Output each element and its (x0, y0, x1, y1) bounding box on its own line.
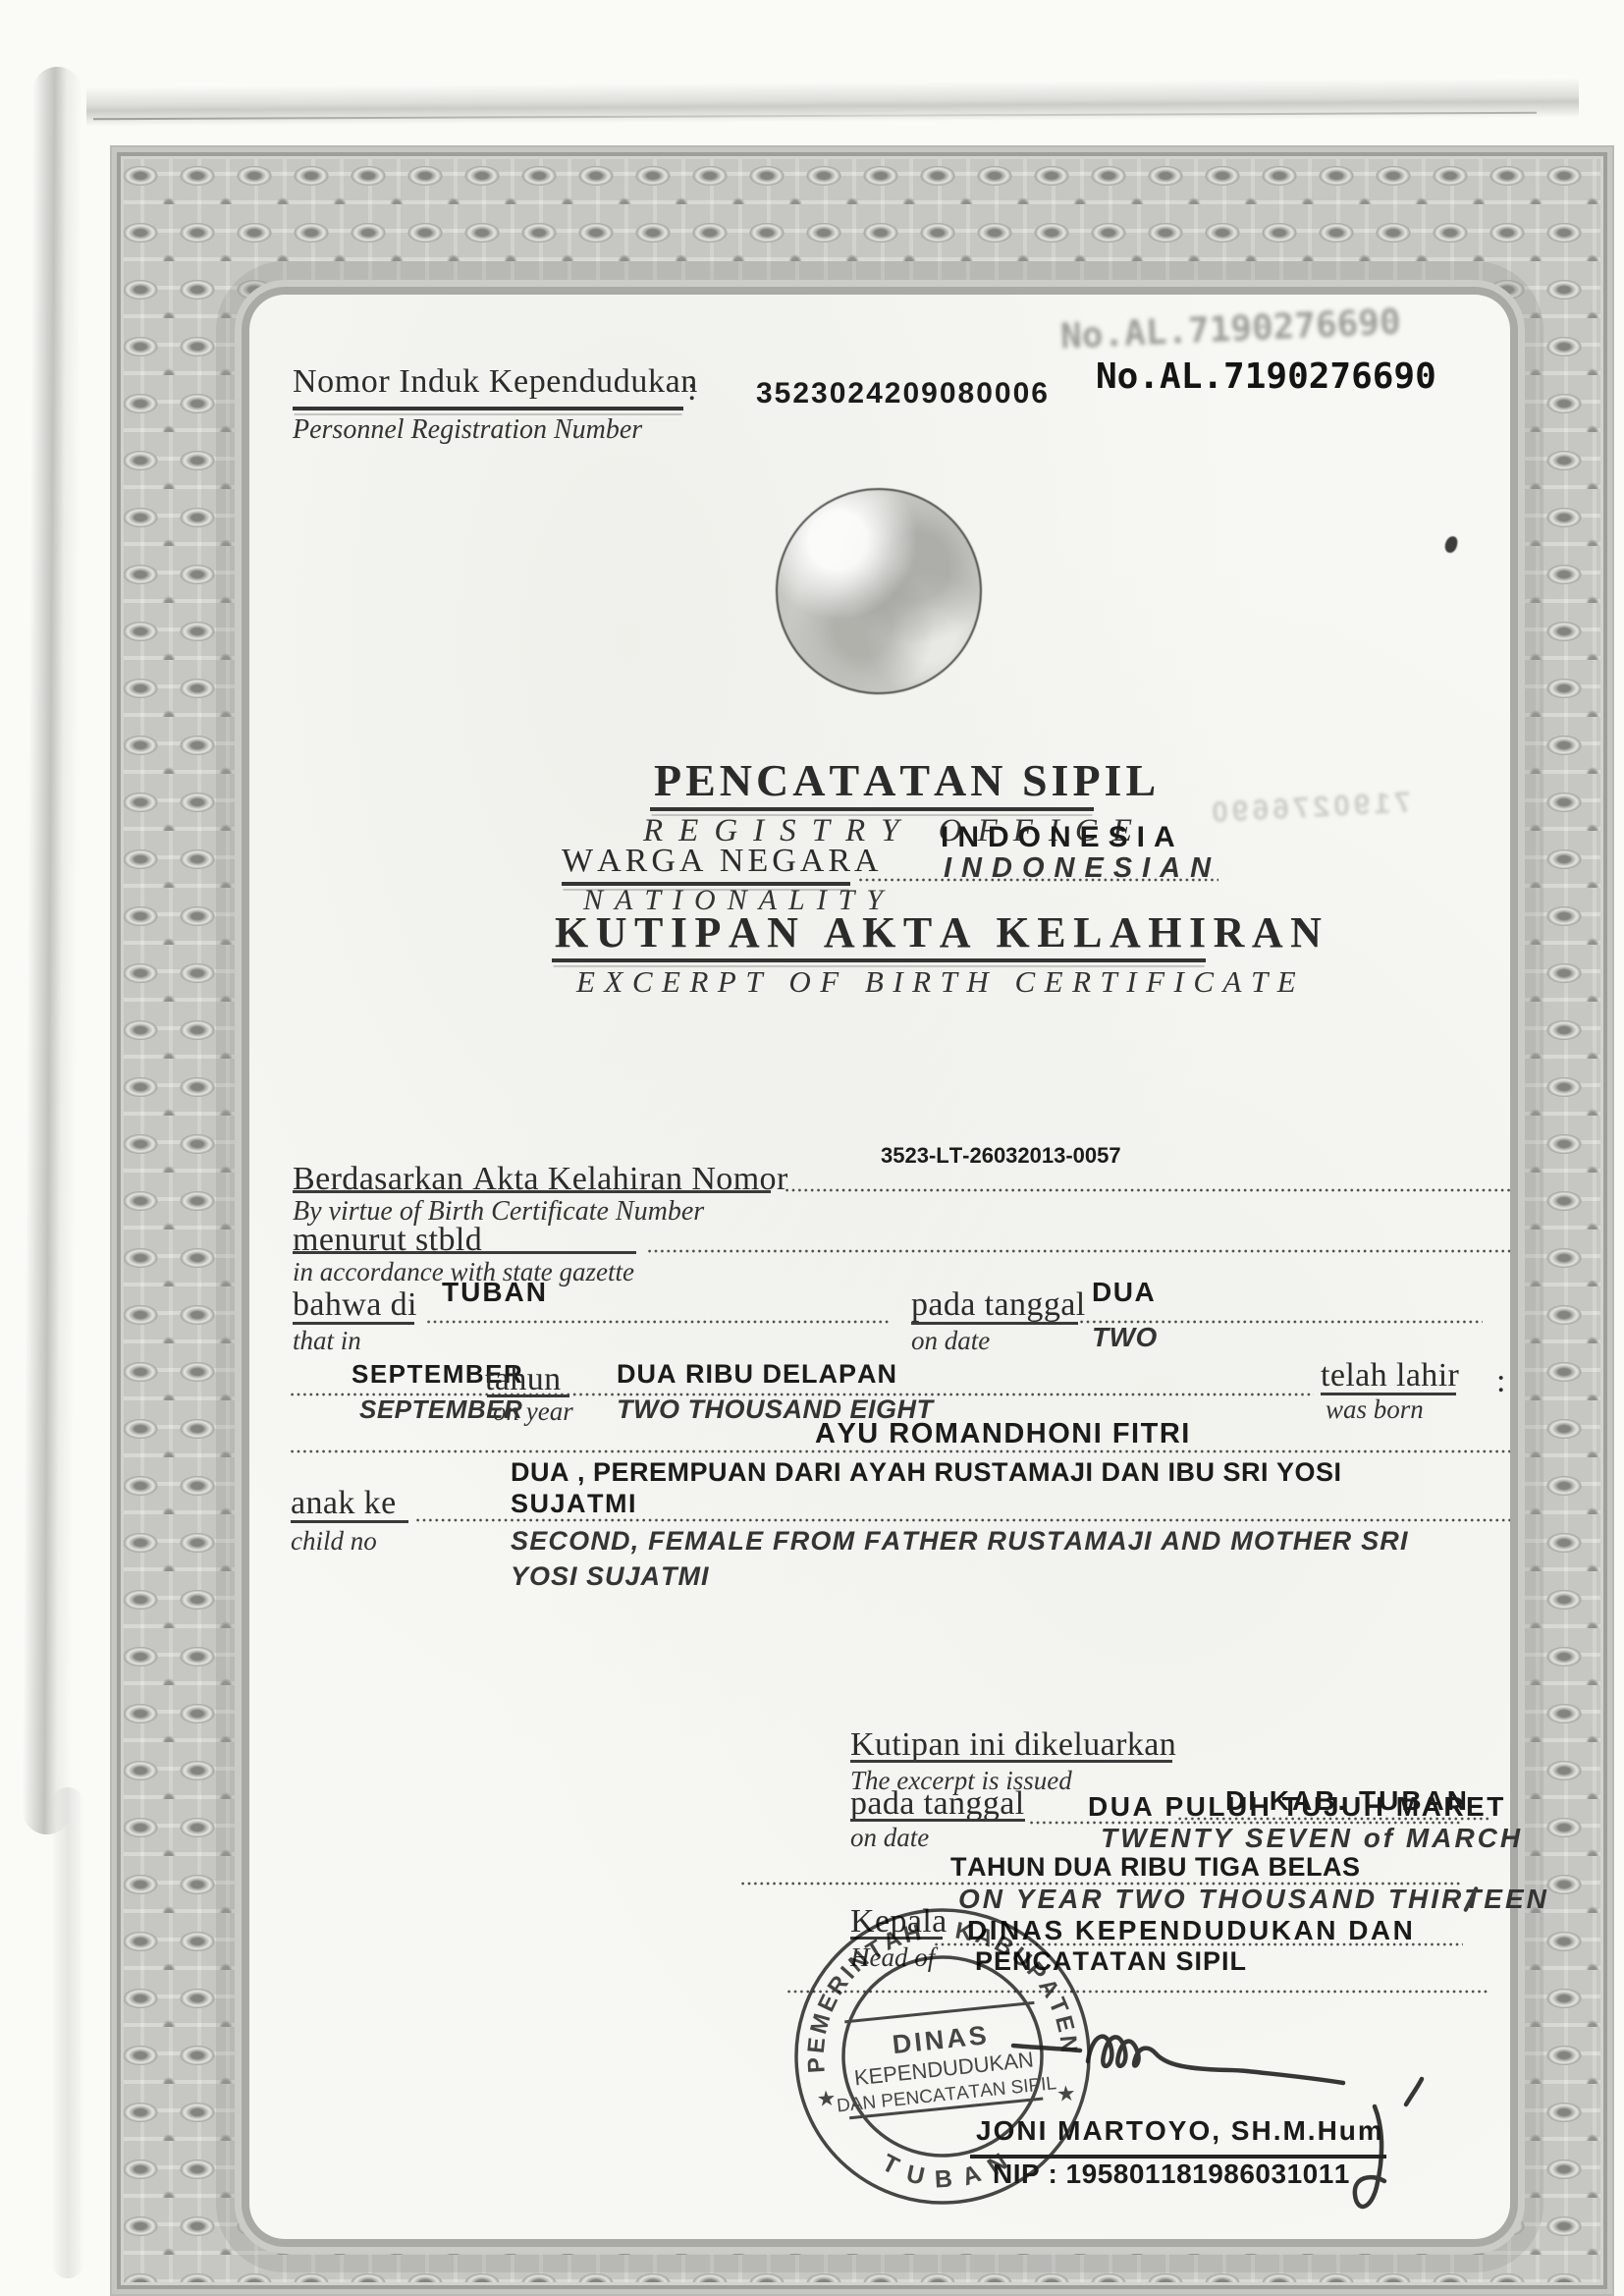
subtitle-underline (552, 958, 1206, 962)
child-desc-id-line1: DUA , PEREMPUAN DARI AYAH RUSTAMAJI DAN … (511, 1459, 1342, 1486)
date-label-en: on date (911, 1328, 990, 1355)
child-desc-id-line2: SUJATMI (511, 1491, 637, 1517)
cert-number-rule (293, 1190, 771, 1193)
place-value: TUBAN (442, 1279, 548, 1306)
nik-underline (293, 407, 683, 410)
gazette-dotted-line (648, 1249, 1510, 1253)
stamp-star-left-icon: ★ (816, 2087, 837, 2112)
child-dotted-line (416, 1518, 1510, 1522)
year-value-id: DUA RIBU DELAPAN (617, 1361, 897, 1388)
subtitle-id: KUTIPAN AKTA KELAHIRAN (555, 911, 1328, 956)
child-desc-en-line1: SECOND, FEMALE FROM FATHER RUSTAMAJI AND… (511, 1528, 1409, 1555)
subtitle-en: EXCERPT OF BIRTH CERTIFICATE (576, 966, 1305, 998)
scan-paper-edge-lower (51, 1787, 84, 2278)
signer-name: JONI MARTOYO, SH.M.Hum (976, 2117, 1384, 2145)
place-label-en: that in (293, 1328, 361, 1355)
child-name-dotted-line (291, 1449, 1510, 1453)
issued-date-label-en: on date (850, 1825, 929, 1852)
nik-label-en: Personnel Registration Number (293, 416, 642, 445)
child-name: AYU ROMANDHONI FITRI (815, 1420, 1191, 1449)
born-label-id: telah lahir (1321, 1359, 1459, 1394)
issued-date-id: DUA PULUH TUJUH MARET (1088, 1793, 1506, 1821)
child-rule (291, 1520, 408, 1523)
nationality-label-id: WARGA NEGARA (562, 845, 883, 879)
cert-number-value: 3523-LT-26032013-0057 (881, 1145, 1121, 1167)
title-id: PENCATATAN SIPIL (654, 758, 1160, 804)
child-label-id: anak ke (291, 1487, 397, 1521)
date-rule (911, 1322, 1078, 1325)
place-rule (293, 1322, 414, 1325)
child-desc-en-line2: YOSI SUJATMI (511, 1563, 710, 1590)
signer-nip: NIP : 195801181986031011 (993, 2160, 1350, 2188)
place-label-id: bahwa di (293, 1288, 417, 1323)
nik-colon: : (687, 373, 697, 408)
date-day-id: DUA (1092, 1279, 1156, 1306)
born-label-en: was born (1326, 1396, 1424, 1424)
cert-number-dotted-line (785, 1188, 1510, 1192)
scanned-birth-certificate: Nomor Induk Kependudukan : Personnel Reg… (0, 0, 1624, 2296)
issued-year-id: TAHUN DUA RIBU TIGA BELAS (950, 1854, 1361, 1881)
nik-label-id: Nomor Induk Kependudukan (293, 365, 698, 400)
title-underline (650, 807, 1094, 811)
faded-registry-seal (776, 488, 982, 694)
nik-value: 3523024209080006 (756, 379, 1050, 409)
ref-number: No.AL.7190276690 (1096, 359, 1436, 395)
date-label-id: pada tanggal (911, 1288, 1086, 1323)
issued-rule (850, 1760, 1172, 1763)
signature-stroke (1088, 2037, 1343, 2083)
signer-underline (970, 2155, 1386, 2159)
country-value: INDONESIA (941, 823, 1184, 852)
issued-date-rule (850, 1819, 1025, 1822)
born-colon: : (1496, 1365, 1506, 1399)
gazette-rule (293, 1251, 636, 1254)
signature-tick (1406, 2079, 1422, 2105)
nationality-value: INDONESIAN (944, 854, 1220, 883)
child-label-en: child no (291, 1528, 377, 1556)
issued-label-id: Kutipan ini dikeluarkan (850, 1728, 1176, 1763)
place-dotted-line (427, 1320, 889, 1324)
scan-paper-edge (23, 67, 82, 1834)
signature-lead-dash (1013, 2046, 1080, 2050)
issued-date-en: TWENTY SEVEN of MARCH (1101, 1825, 1523, 1852)
year-label-en: on year (493, 1398, 573, 1426)
date-day-en: TWO (1092, 1324, 1158, 1351)
issued-date-label-id: pada tanggal (850, 1787, 1025, 1822)
